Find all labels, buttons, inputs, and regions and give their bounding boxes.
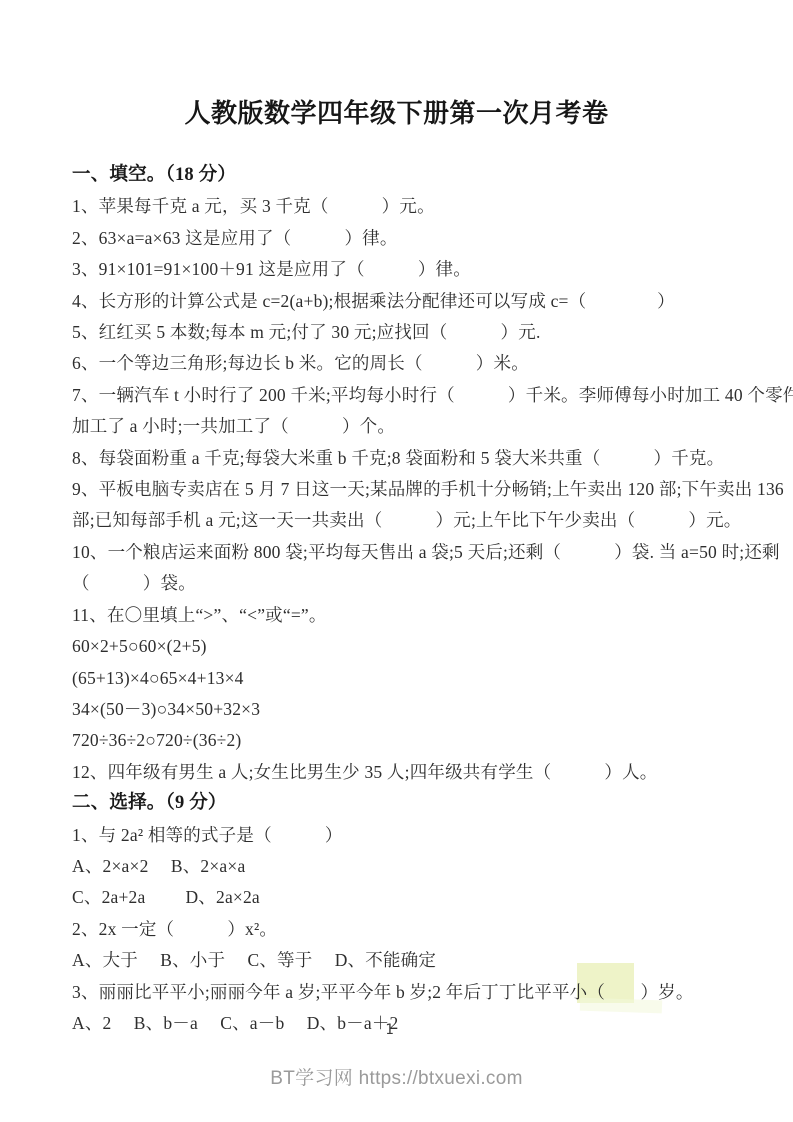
text-line: A、大于 B、小于 C、等于 D、不能确定 (72, 945, 735, 976)
text-line: 1、苹果每千克 a 元，买 3 千克（ ）元。 (72, 191, 735, 222)
text-line: （ ）袋。 (72, 568, 735, 599)
text-line: 4、长方形的计算公式是 c=2(a+b);根据乘法分配律还可以写成 c=（ ） (72, 286, 735, 317)
text-line: C、2a+2a D、2a×2a (72, 882, 735, 913)
text-line: 720÷36÷2○720÷(36÷2) (72, 725, 735, 756)
text-line: 12、四年级有男生 a 人;女生比男生少 35 人;四年级共有学生（ ）人。 (72, 757, 735, 788)
text-line: 6、一个等边三角形;每边长 b 米。它的周长（ ）米。 (72, 348, 735, 379)
text-line: 34×(50－3)○34×50+32×3 (72, 694, 735, 725)
question-lines: 一、填空。（18 分）1、苹果每千克 a 元，买 3 千克（ ）元。2、63×a… (72, 160, 735, 1039)
text-line: 3、丽丽比平平小;丽丽今年 a 岁;平平今年 b 岁;2 年后丁丁比平平小（ ）… (72, 977, 735, 1008)
exam-paper-page: 人教版数学四年级下册第一次月考卷 一、填空。（18 分）1、苹果每千克 a 元，… (0, 0, 793, 1122)
text-line: 3、91×101=91×100＋91 这是应用了（ ）律。 (72, 254, 735, 285)
text-line: 1、与 2a² 相等的式子是（ ） (72, 820, 735, 851)
text-line: 2、2x 一定（ ）x²。 (72, 914, 735, 945)
text-line: 2、63×a=a×63 这是应用了（ ）律。 (72, 223, 735, 254)
text-line: 60×2+5○60×(2+5) (72, 631, 735, 662)
page-number: 1 (0, 1022, 779, 1038)
text-line: 10、一个粮店运来面粉 800 袋;平均每天售出 a 袋;5 天后;还剩（ ）袋… (72, 537, 735, 568)
watermark-site-text: BT学习网 https://btxuexi.com (0, 1063, 793, 1090)
text-line: 加工了 a 小时;一共加工了（ ）个。 (72, 411, 735, 442)
text-line: 7、一辆汽车 t 小时行了 200 千米;平均每小时行（ ）千米。李师傅每小时加… (72, 380, 735, 411)
section-header: 二、选择。（9 分） (72, 788, 735, 819)
text-line: 部;已知每部手机 a 元;这一天一共卖出（ ）元;上午比下午少卖出（ ）元。 (72, 505, 735, 536)
page-title: 人教版数学四年级下册第一次月考卷 (72, 96, 721, 132)
section-header: 一、填空。（18 分） (72, 160, 735, 191)
text-line: A、2×a×2 B、2×a×a (72, 851, 735, 882)
text-line: 8、每袋面粉重 a 千克;每袋大米重 b 千克;8 袋面粉和 5 袋大米共重（ … (72, 443, 735, 474)
document-body: 人教版数学四年级下册第一次月考卷 一、填空。（18 分）1、苹果每千克 a 元，… (0, 0, 793, 1039)
text-line: (65+13)×4○65×4+13×4 (72, 663, 735, 694)
text-line: 9、平板电脑专卖店在 5 月 7 日这一天;某品牌的手机十分畅销;上午卖出 12… (72, 474, 735, 505)
text-line: 5、红红买 5 本数;每本 m 元;付了 30 元;应找回（ ）元. (72, 317, 735, 348)
text-line: 11、在〇里填上“>”、“<”或“=”。 (72, 600, 735, 631)
